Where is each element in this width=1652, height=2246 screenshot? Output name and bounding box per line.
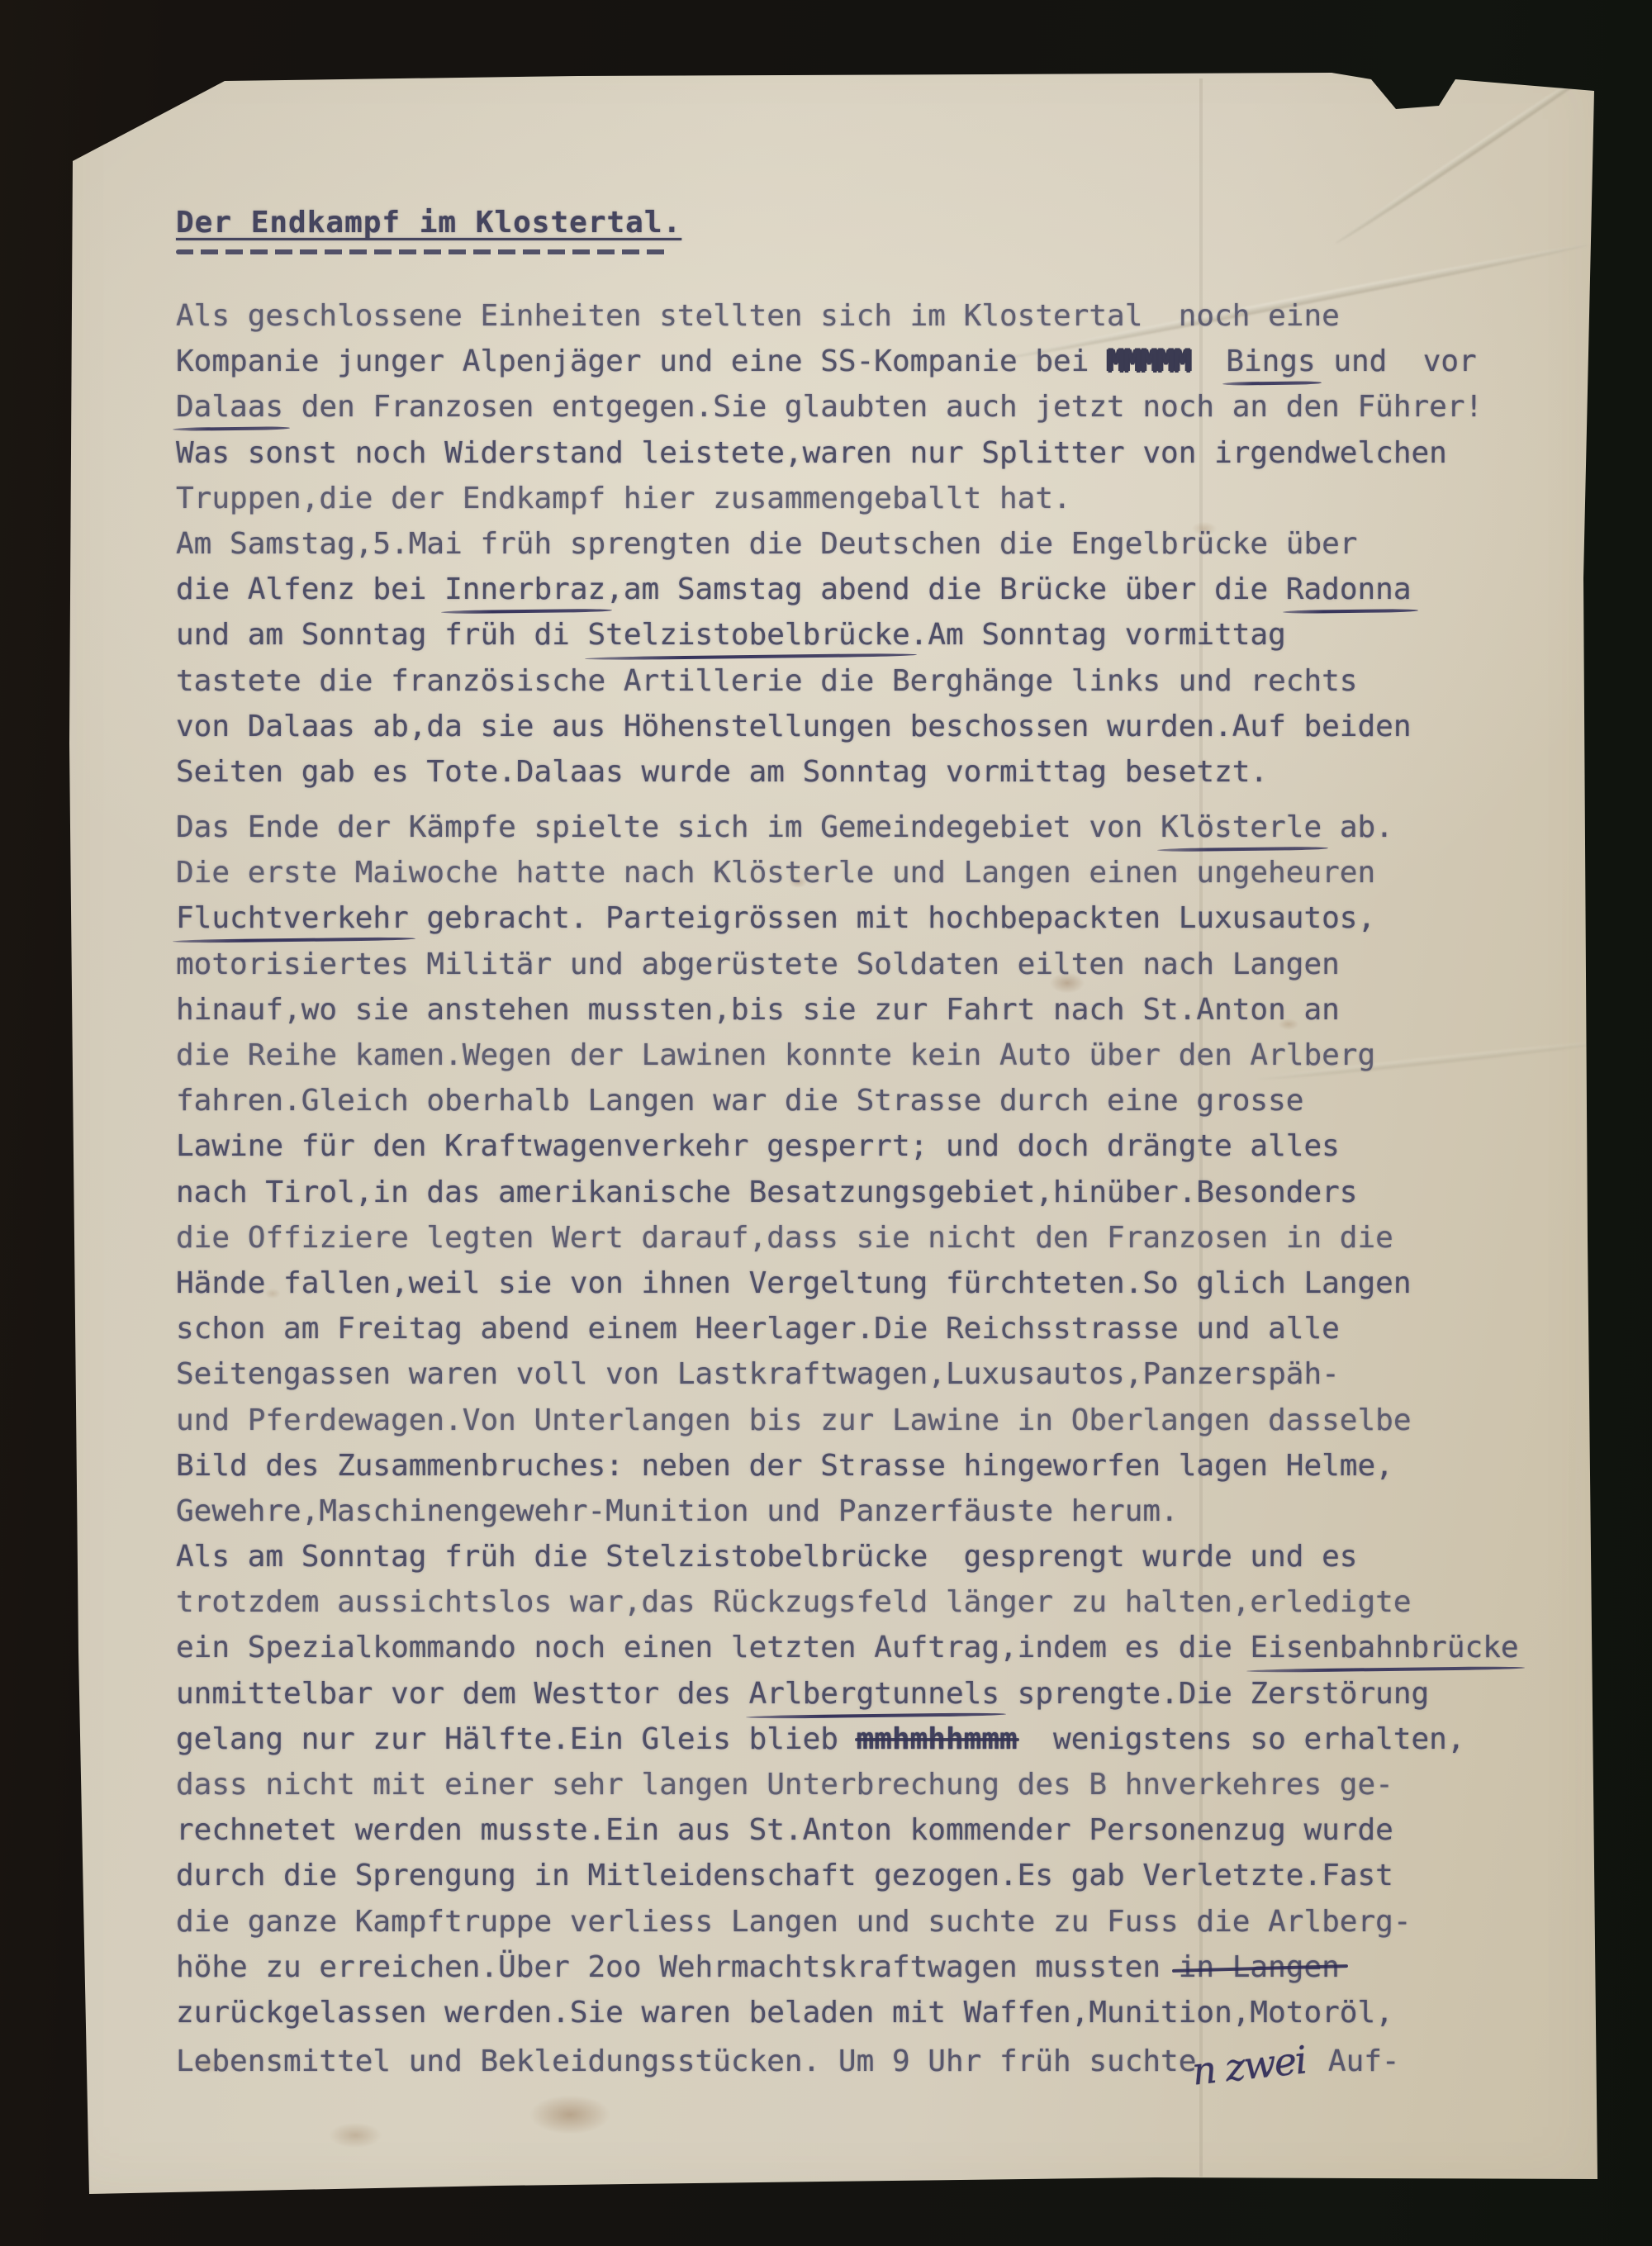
text-line: von Dalaas ab,da sie aus Höhenstellungen… xyxy=(176,704,1605,749)
pen-underlined-word: Stelzistobelbrücke xyxy=(588,618,910,652)
paper-sheet: Der Endkampf im Klostertal. Als geschlos… xyxy=(0,0,1652,2246)
typed-text: die Offiziere legten Wert darauf,dass si… xyxy=(176,1221,1393,1255)
typed-text: Hände fallen,weil sie von ihnen Vergeltu… xyxy=(176,1266,1412,1300)
pen-underlined-word: Eisenbahnbrücke xyxy=(1250,1631,1518,1664)
text-line: Truppen,die der Endkampf hier zusammenge… xyxy=(176,476,1605,521)
typed-text xyxy=(1190,344,1226,378)
text-line: Fluchtverkehr gebracht. Parteigrössen mi… xyxy=(176,895,1605,941)
typed-text: Seiten gab es Tote.Dalaas wurde am Sonnt… xyxy=(176,755,1268,789)
typed-text: und vor xyxy=(1316,344,1477,378)
text-line: Lebensmittel und Bekleidungsstücken. Um … xyxy=(176,2035,1605,2081)
typed-text: Bild des Zusammenbruches: neben der Stra… xyxy=(176,1449,1393,1483)
typed-text: ab. xyxy=(1322,810,1393,844)
pen-struck-text: in Langen xyxy=(1179,1950,1340,1984)
typed-text: unmittelbar vor dem Westtor des xyxy=(176,1677,749,1711)
typed-text: Truppen,die der Endkampf hier zusammenge… xyxy=(176,482,1071,515)
pen-underlined-word: Fluchtverkehr xyxy=(176,901,409,935)
typed-text: gelang nur zur Hälfte.Ein Gleis blieb xyxy=(176,1722,857,1756)
text-line: zurückgelassen werden.Sie waren beladen … xyxy=(176,1990,1605,2035)
pen-underlined-word: Dalaas xyxy=(176,390,283,424)
text-line: höhe zu erreichen.Über 2oo Wehrmachtskra… xyxy=(176,1944,1605,1990)
typed-text: Als am Sonntag früh die Stelzistobelbrüc… xyxy=(176,1540,1357,1574)
text-line: dass nicht mit einer sehr langen Unterbr… xyxy=(176,1762,1605,1807)
typed-text: Was sonst noch Widerstand leistete,waren… xyxy=(176,436,1447,470)
text-line: und Pferdewagen.Von Unterlangen bis zur … xyxy=(176,1398,1605,1443)
typed-text: und am Sonntag früh di xyxy=(176,618,588,652)
text-line: fahren.Gleich oberhalb Langen war die St… xyxy=(176,1078,1605,1123)
text-line: die Offiziere legten Wert darauf,dass si… xyxy=(176,1215,1605,1261)
typed-text: Kompanie junger Alpenjäger und eine SS-K… xyxy=(176,344,1107,378)
typed-text: Seitengassen waren voll von Lastkraftwag… xyxy=(176,1357,1340,1391)
text-line: unmittelbar vor dem Westtor des Arlbergt… xyxy=(176,1671,1605,1717)
text-line: die Reihe kamen.Wegen der Lawinen konnte… xyxy=(176,1033,1605,1078)
text-line: hinauf,wo sie anstehen mussten,bis sie z… xyxy=(176,987,1605,1033)
typed-text: wenigstens so erhalten, xyxy=(1018,1722,1465,1756)
text-line: durch die Sprengung in Mitleidenschaft g… xyxy=(176,1853,1605,1898)
text-line: Gewehre,Maschinengewehr-Munition und Pan… xyxy=(176,1489,1605,1534)
text-line: nach Tirol,in das amerikanische Besatzun… xyxy=(176,1170,1605,1215)
overtyped-blot: MMMMM xyxy=(1107,344,1190,378)
typed-text: zurückgelassen werden.Sie waren beladen … xyxy=(176,1996,1393,2030)
typed-text: Am Samstag,5.Mai früh sprengten die Deut… xyxy=(176,527,1357,561)
typed-text: schon am Freitag abend einem Heerlager.D… xyxy=(176,1312,1340,1346)
pen-underlined-word: Innerbraz xyxy=(444,572,605,606)
typed-text: motorisiertes Militär und abgerüstete So… xyxy=(176,947,1340,981)
typed-text: die Alfenz bei xyxy=(176,572,444,606)
typed-text: .Am Sonntag vormittag xyxy=(910,618,1286,652)
typed-text: Lebensmittel und Bekleidungsstücken. Um … xyxy=(176,2044,1196,2078)
pen-underlined-word: Radonna xyxy=(1286,572,1412,606)
typed-text: Auf- xyxy=(1310,2044,1399,2078)
typed-text: durch die Sprengung in Mitleidenschaft g… xyxy=(176,1859,1393,1892)
typed-text: die Reihe kamen.Wegen der Lawinen konnte… xyxy=(176,1038,1375,1072)
typed-text: dass nicht mit einer sehr langen Unterbr… xyxy=(176,1768,1393,1802)
typed-text: sprengte.Die Zerstörung xyxy=(999,1677,1429,1711)
typed-text: höhe zu erreichen.Über 2oo Wehrmachtskra… xyxy=(176,1950,1179,1984)
pen-underlined-word: Bings xyxy=(1226,344,1315,378)
text-line: und am Sonntag früh di Stelzistobelbrück… xyxy=(176,612,1605,658)
body-text: Als geschlossene Einheiten stellten sich… xyxy=(176,293,1605,2081)
text-line: rechnetet werden musste.Ein aus St.Anton… xyxy=(176,1807,1605,1853)
text-line: ein Spezialkommando noch einen letzten A… xyxy=(176,1625,1605,1670)
typed-text: von Dalaas ab,da sie aus Höhenstellungen… xyxy=(176,710,1412,743)
title-underline xyxy=(176,249,672,254)
pen-underlined-word: Arlbergtunnels xyxy=(749,1677,999,1711)
text-line: Als geschlossene Einheiten stellten sich… xyxy=(176,293,1605,339)
typed-text: Als geschlossene Einheiten stellten sich… xyxy=(176,299,1340,333)
text-line: Das Ende der Kämpfe spielte sich im Geme… xyxy=(176,805,1605,850)
typed-text: und Pferdewagen.Von Unterlangen bis zur … xyxy=(176,1403,1412,1437)
rust-staple-stain xyxy=(51,0,271,116)
typed-text: Gewehre,Maschinengewehr-Munition und Pan… xyxy=(176,1494,1179,1528)
text-line: Seiten gab es Tote.Dalaas wurde am Sonnt… xyxy=(176,749,1605,795)
scan-background: Der Endkampf im Klostertal. Als geschlos… xyxy=(0,0,1652,2246)
overtyped-strikethrough: mmhmhhmmm xyxy=(857,1722,1018,1756)
text-line: gelang nur zur Hälfte.Ein Gleis blieb mm… xyxy=(176,1717,1605,1762)
typed-text: fahren.Gleich oberhalb Langen war die St… xyxy=(176,1084,1303,1118)
typed-text: trotzdem aussichtslos war,das Rückzugsfe… xyxy=(176,1585,1412,1619)
text-line: Die erste Maiwoche hatte nach Klösterle … xyxy=(176,850,1605,895)
text-line: Was sonst noch Widerstand leistete,waren… xyxy=(176,430,1605,476)
text-line: Bild des Zusammenbruches: neben der Stra… xyxy=(176,1443,1605,1489)
typed-text: nach Tirol,in das amerikanische Besatzun… xyxy=(176,1175,1357,1209)
pen-underlined-word: Klösterle xyxy=(1161,810,1322,844)
text-line: trotzdem aussichtslos war,das Rückzugsfe… xyxy=(176,1579,1605,1625)
typed-text: ein Spezialkommando noch einen letzten A… xyxy=(176,1631,1250,1664)
text-line: die ganze Kampftruppe verliess Langen un… xyxy=(176,1899,1605,1944)
typed-text: den Franzosen entgegen.Sie glaubten auch… xyxy=(283,390,1483,424)
text-line: Lawine für den Kraftwagenverkehr gesperr… xyxy=(176,1123,1605,1169)
rust-dot-stain xyxy=(43,207,55,228)
text-line: Als am Sonntag früh die Stelzistobelbrüc… xyxy=(176,1534,1605,1579)
handwritten-insertion: n zwei xyxy=(1190,2038,1308,2095)
typed-text: hinauf,wo sie anstehen mussten,bis sie z… xyxy=(176,993,1340,1027)
text-line: Dalaas den Franzosen entgegen.Sie glaubt… xyxy=(176,384,1605,430)
typed-text: gebracht. Parteigrössen mit hochbepackte… xyxy=(409,901,1375,935)
typed-text: tastete die französische Artillerie die … xyxy=(176,664,1357,698)
text-line: Am Samstag,5.Mai früh sprengten die Deut… xyxy=(176,521,1605,567)
text-line: Kompanie junger Alpenjäger und eine SS-K… xyxy=(176,339,1605,384)
typed-page-content: Der Endkampf im Klostertal. Als geschlos… xyxy=(176,201,1605,2081)
typed-text: Die erste Maiwoche hatte nach Klösterle … xyxy=(176,856,1375,890)
text-line: tastete die französische Artillerie die … xyxy=(176,658,1605,704)
text-line: schon am Freitag abend einem Heerlager.D… xyxy=(176,1306,1605,1351)
text-line: die Alfenz bei Innerbraz,am Samstag aben… xyxy=(176,567,1605,612)
typed-text: ,am Samstag abend die Brücke über die xyxy=(605,572,1286,606)
typed-text: rechnetet werden musste.Ein aus St.Anton… xyxy=(176,1813,1393,1847)
text-line: Hände fallen,weil sie von ihnen Vergeltu… xyxy=(176,1261,1605,1306)
typed-text: Lawine für den Kraftwagenverkehr gesperr… xyxy=(176,1129,1340,1163)
text-line: motorisiertes Militär und abgerüstete So… xyxy=(176,942,1605,987)
typed-text: Das Ende der Kämpfe spielte sich im Geme… xyxy=(176,810,1161,844)
typed-text: die ganze Kampftruppe verliess Langen un… xyxy=(176,1905,1412,1939)
document-title: Der Endkampf im Klostertal. xyxy=(176,201,1605,245)
text-line: Seitengassen waren voll von Lastkraftwag… xyxy=(176,1351,1605,1397)
